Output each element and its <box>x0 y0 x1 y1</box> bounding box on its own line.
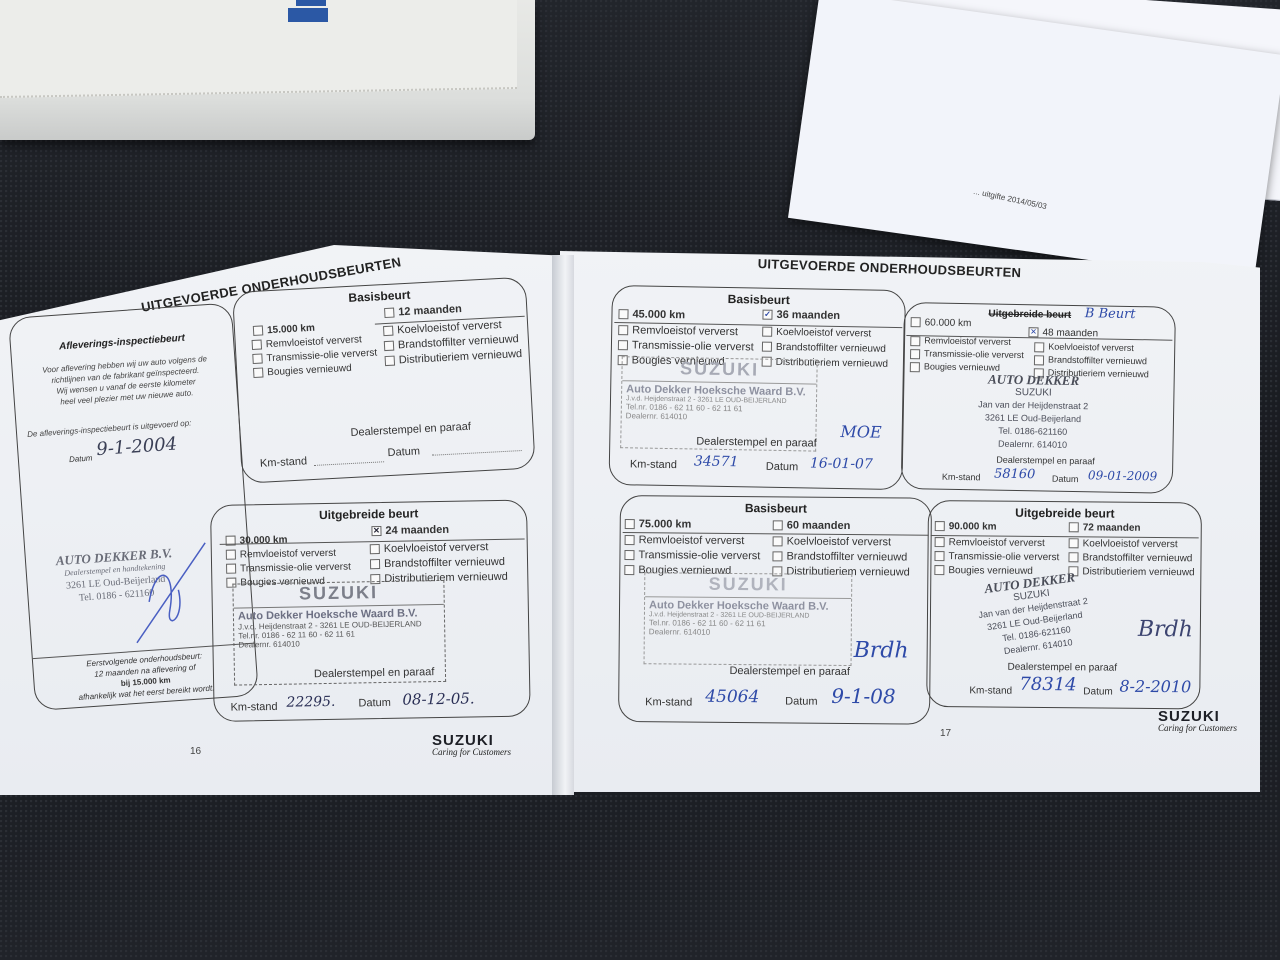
suzuki-brandmark: SUZUKI Caring for Customers <box>432 732 511 757</box>
checkbox[interactable] <box>370 559 380 569</box>
brand-tagline: Caring for Customers <box>432 747 511 757</box>
km-label: 60.000 km <box>925 317 972 329</box>
checkbox[interactable] <box>625 519 635 529</box>
item-label: Bougies vernieuwd <box>948 565 1033 577</box>
checklist-item[interactable]: Remvloeistof ververst <box>618 324 738 338</box>
book-gutter <box>552 255 574 795</box>
brand-tagline: Caring for Customers <box>1158 723 1237 733</box>
checklist-item[interactable]: Brandstoffilter vernieuwd <box>1034 354 1147 367</box>
months-label: 72 maanden <box>1083 522 1141 534</box>
km-stand-label: Km-stand <box>260 455 308 469</box>
months-checkbox-row[interactable]: ✕24 maanden <box>371 524 449 537</box>
checkbox[interactable] <box>226 564 236 574</box>
checklist-item[interactable]: Koelvloeistof ververst <box>1034 341 1134 353</box>
km-label: 15.000 km <box>267 323 315 336</box>
stamp-label: Dealerstempel en paraaf <box>696 435 817 449</box>
checkbox[interactable] <box>384 308 395 319</box>
stamp-brand: SUZUKI <box>622 357 816 381</box>
checklist-item[interactable]: Brandstoffilter vernieuwd <box>762 342 886 355</box>
stamp-dealer: Dealernr. 614010 <box>645 627 851 638</box>
item-label: Koelvloeistof ververst <box>787 535 892 548</box>
months-checkbox-row[interactable]: 60 maanden <box>773 519 851 532</box>
service-box-90000km: Uitgebreide beurt 72 maanden 90.000 km R… <box>926 500 1202 709</box>
delivery-date-value: 9-1-2004 <box>96 434 178 461</box>
item-label: Transmissie-olie ververst <box>638 549 760 562</box>
dealer-stamp: SUZUKI Auto Dekker Hoeksche Waard B.V. J… <box>644 572 853 666</box>
checkbox[interactable] <box>773 536 783 546</box>
item-label: Transmissie-olie ververst <box>266 347 377 364</box>
months-label: 12 maanden <box>398 303 462 318</box>
checkbox[interactable] <box>226 550 236 560</box>
datum-value: 09-01-2009 <box>1088 468 1157 483</box>
checkbox[interactable] <box>624 565 634 575</box>
service-box-30000km: Uitgebreide beurt ✕24 maanden 30.000 km … <box>210 499 531 721</box>
km-stand-value: 78314 <box>1019 674 1076 695</box>
checklist-item[interactable]: Koelvloeistof ververst <box>762 327 871 340</box>
datum-value: 8-2-2010 <box>1119 677 1191 697</box>
checklist-item[interactable]: Transmissie-olie ververst <box>252 347 377 365</box>
datum-value: 08-12-05. <box>402 689 474 708</box>
checkbox[interactable] <box>1069 523 1079 533</box>
km-label: 45.000 km <box>632 308 685 321</box>
km-label: 90.000 km <box>949 521 997 532</box>
checkbox[interactable] <box>1034 355 1044 365</box>
checkbox[interactable] <box>253 368 264 379</box>
km-stand-field[interactable] <box>314 461 384 466</box>
item-label: Bougies vernieuwd <box>267 363 352 378</box>
maintenance-booklet: UITGEVOERDE ONDERHOUDSBEURTEN Aflevering… <box>0 0 1280 960</box>
checklist-item[interactable]: Remvloeistof ververst <box>625 534 745 547</box>
checkbox[interactable] <box>910 349 920 359</box>
dealer-signature: Brdh <box>1138 617 1193 642</box>
km-label: 75.000 km <box>639 518 692 530</box>
checkbox[interactable] <box>625 535 635 545</box>
service-title: Basisbeurt <box>613 290 905 309</box>
checkbox[interactable] <box>934 551 944 561</box>
stamp-line: 3261 LE Oud-Beijerland <box>963 411 1103 426</box>
km-checkbox-row[interactable]: 15.000 km <box>253 323 315 337</box>
datum-value: 9-1-08 <box>831 684 896 709</box>
item-label: Remvloeistof ververst <box>949 537 1045 549</box>
datum-field[interactable] <box>432 450 522 456</box>
item-label: Brandstoffilter vernieuwd <box>1048 355 1147 367</box>
dealer-initials: MOE <box>840 422 882 442</box>
checklist-item[interactable]: Bougies vernieuwd <box>934 565 1033 577</box>
delivery-date-label: Datum <box>69 453 93 464</box>
km-stand-value: 22295. <box>286 694 335 711</box>
km-stand-value: 45064 <box>705 687 759 707</box>
checklist-item[interactable]: Transmissie-olie ververst <box>226 562 351 575</box>
checklist-item[interactable]: Brandstoffilter vernieuwd <box>370 556 505 570</box>
checkbox[interactable] <box>385 356 396 367</box>
checkbox[interactable] <box>762 327 772 337</box>
km-stand-label: Km-stand <box>645 696 692 708</box>
km-label: 30.000 km <box>240 535 288 547</box>
stamp-label: Dealerstempel en paraaf <box>1007 662 1117 674</box>
item-label: Koelvloeistof ververst <box>1083 538 1178 550</box>
item-label: Brandstoffilter vernieuwd <box>384 556 505 570</box>
stamp-label: Dealerstempel en paraaf <box>729 665 850 678</box>
checklist-item[interactable]: Koelvloeistof ververst <box>773 535 892 548</box>
delivery-text: Voor aflevering hebben wij uw auto volge… <box>26 352 225 410</box>
item-label: Koelvloeistof ververst <box>1048 342 1134 353</box>
dealer-stamp: AUTO DEKKER SUZUKI Jan van der Heijdenst… <box>962 372 1103 452</box>
checkbox[interactable] <box>252 340 263 351</box>
checkbox[interactable] <box>762 342 772 352</box>
checkbox[interactable] <box>1034 342 1044 352</box>
item-label: Remvloeistof ververst <box>632 324 738 338</box>
checkbox[interactable] <box>370 544 380 554</box>
checklist-item[interactable]: Transmissie-olie ververst <box>618 339 754 353</box>
checkbox[interactable] <box>934 565 944 575</box>
stamp-brand: SUZUKI <box>233 581 443 606</box>
item-label: Remvloeistof ververst <box>240 548 336 561</box>
page-number: 17 <box>940 728 951 739</box>
checklist-item[interactable]: Transmissie-olie ververst <box>624 549 760 562</box>
datum-label: Datum <box>785 695 818 707</box>
checkbox-checked[interactable]: ✕ <box>1028 328 1038 338</box>
dealer-signature: Brdh <box>854 638 909 663</box>
service-title: Uitgebreide beurt <box>929 505 1201 521</box>
checkbox[interactable] <box>1068 553 1078 563</box>
checklist-item[interactable]: Remvloeistof ververst <box>910 335 1011 347</box>
checkbox[interactable] <box>935 537 945 547</box>
item-label: Remvloeistof ververst <box>639 534 745 547</box>
checkbox[interactable] <box>910 362 920 372</box>
stamp-label: Dealerstempel en paraaf <box>314 666 435 680</box>
checkbox[interactable] <box>911 317 921 327</box>
checklist-item[interactable]: Remvloeistof ververst <box>226 548 336 561</box>
item-label: Brandstoffilter vernieuwd <box>1082 552 1192 564</box>
checkbox[interactable] <box>618 325 628 335</box>
item-label: Transmissie-olie ververst <box>948 551 1059 563</box>
item-label: Brandstoffilter vernieuwd <box>786 550 907 563</box>
service-title: Basisbeurt <box>621 500 931 517</box>
checkbox[interactable] <box>624 550 634 560</box>
km-checkbox-row[interactable]: 75.000 km <box>625 518 692 531</box>
checklist-item[interactable]: Koelvloeistof ververst <box>1069 538 1178 550</box>
km-checkbox-row[interactable]: 30.000 km <box>226 535 288 547</box>
km-checkbox-row[interactable]: 60.000 km <box>911 317 972 329</box>
checkbox[interactable] <box>252 354 263 365</box>
checkbox[interactable] <box>910 336 920 346</box>
datum-label: Datum <box>766 461 799 474</box>
item-label: Transmissie-olie ververst <box>240 562 351 575</box>
checklist-item[interactable]: Transmissie-olie ververst <box>910 348 1024 361</box>
months-checkbox-row[interactable]: ✓36 maanden <box>762 309 840 322</box>
km-stand-value: 34571 <box>694 453 739 470</box>
checkbox[interactable] <box>253 326 264 337</box>
item-label: Koelvloeistof ververst <box>384 541 489 555</box>
service-box-60000km: Uitgebreide beurt B Beurt ✕48 maanden 60… <box>901 302 1176 494</box>
page-number: 16 <box>190 746 201 757</box>
datum-label: Datum <box>358 697 391 710</box>
km-checkbox-row[interactable]: 45.000 km <box>618 308 685 321</box>
item-label: Transmissie-olie ververst <box>924 348 1024 360</box>
item-label: Brandstoffilter vernieuwd <box>776 342 886 355</box>
checklist-item[interactable]: Transmissie-olie ververst <box>934 551 1059 563</box>
months-checkbox-row[interactable]: 12 maanden <box>384 303 462 319</box>
checklist-item[interactable]: Remvloeistof ververst <box>935 537 1045 549</box>
item-label: Transmissie-olie ververst <box>632 339 754 353</box>
stamp-line: Dealernr. 614010 <box>962 437 1102 452</box>
item-label: Koelvloeistof ververst <box>776 327 871 340</box>
suzuki-brandmark: SUZUKI Caring for Customers <box>1158 708 1237 733</box>
km-stand-label: Km-stand <box>942 472 981 483</box>
signature-scribble <box>125 537 222 653</box>
delivery-title: Afleverings-inspectiebeurt <box>11 329 233 355</box>
dealer-stamp: AUTO DEKKER SUZUKI Jan van der Heijdenst… <box>960 567 1109 663</box>
item-label: Distributieriem vernieuwd <box>398 348 522 366</box>
km-stand-label: Km-stand <box>630 458 677 471</box>
months-label: 24 maanden <box>385 524 449 537</box>
checkbox-checked[interactable]: ✓ <box>762 310 772 320</box>
checkbox[interactable] <box>773 520 783 530</box>
checkbox[interactable] <box>1069 539 1079 549</box>
checkbox[interactable] <box>384 341 395 352</box>
stamp-label: Dealerstempel en paraaf <box>996 455 1095 467</box>
datum-value: 16-01-07 <box>810 455 873 472</box>
item-label: Remvloeistof ververst <box>924 335 1011 347</box>
checklist-item[interactable]: Brandstoffilter vernieuwd <box>1068 552 1192 564</box>
service-box-75000km: Basisbeurt 60 maanden 75.000 km Remvloei… <box>618 495 932 725</box>
service-title: Uitgebreide beurt <box>211 504 526 523</box>
months-checkbox-row[interactable]: 72 maanden <box>1069 522 1141 534</box>
datum-label: Datum <box>1052 474 1079 484</box>
km-stand-value: 58160 <box>994 467 1036 483</box>
datum-label: Datum <box>1083 686 1113 697</box>
checkbox[interactable] <box>383 326 394 337</box>
months-label: 60 maanden <box>787 519 851 532</box>
stamp-label: Dealerstempel en paraaf <box>350 421 471 439</box>
km-checkbox-row[interactable]: 90.000 km <box>935 521 997 533</box>
checkbox[interactable] <box>618 340 628 350</box>
service-box-15000km: Basisbeurt 12 maanden 15.000 km Remvloei… <box>232 277 536 484</box>
checklist-item[interactable]: Bougies vernieuwd <box>253 363 352 379</box>
stamp-brand: SUZUKI <box>645 573 851 596</box>
km-stand-label: Km-stand <box>230 701 277 714</box>
checklist-item[interactable]: Koelvloeistof ververst <box>370 541 489 555</box>
service-box-45000km: Basisbeurt ✓36 maanden 45.000 km Remvloe… <box>609 285 906 490</box>
datum-label: Datum <box>387 445 420 459</box>
handwritten-title: B Beurt <box>1085 306 1136 322</box>
checkbox-checked[interactable]: ✕ <box>371 526 381 536</box>
checklist-item[interactable]: Brandstoffilter vernieuwd <box>772 550 907 563</box>
checkbox[interactable] <box>772 551 782 561</box>
checkbox[interactable] <box>618 309 628 319</box>
km-stand-label: Km-stand <box>969 685 1012 696</box>
checkbox[interactable] <box>935 521 945 531</box>
months-label: 36 maanden <box>776 309 840 322</box>
item-label: Remvloeistof ververst <box>266 334 363 350</box>
